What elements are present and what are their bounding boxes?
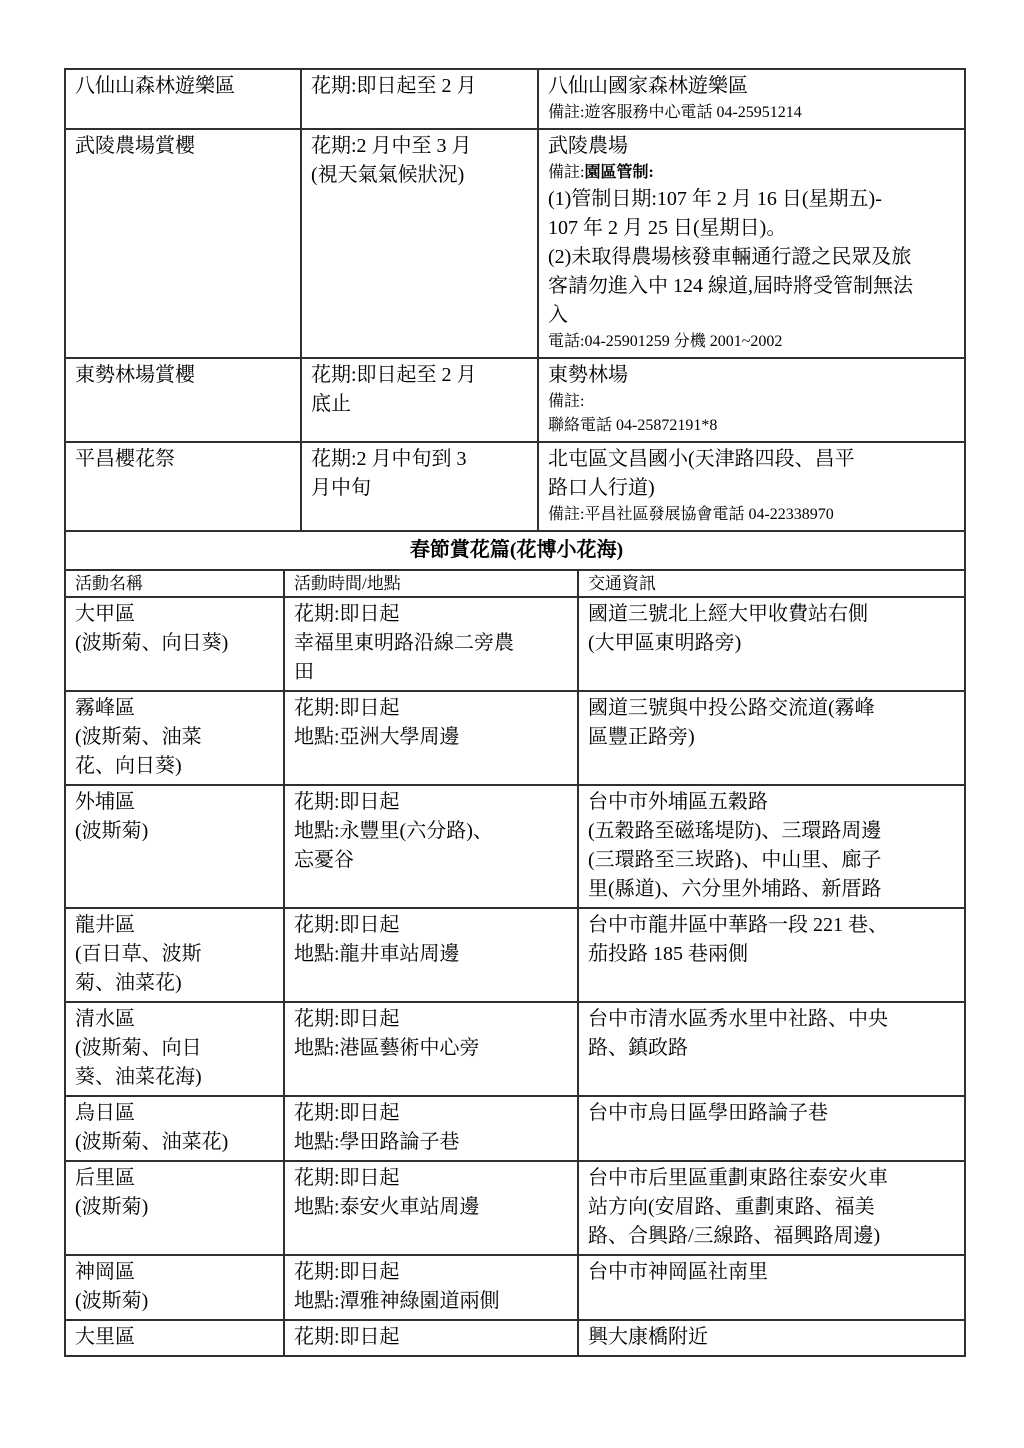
cell-activity-name: 烏日區(波斯菊、油菜花) <box>65 1096 284 1161</box>
cell-text-line: 茄投路 185 巷兩側 <box>588 940 958 969</box>
cell-time-place: 花期:即日起幸福里東明路沿線二旁農田 <box>284 597 578 691</box>
cell-text-line: 武陵農場 <box>548 132 958 161</box>
table-row: 大甲區(波斯菊、向日葵)花期:即日起幸福里東明路沿線二旁農田國道三號北上經大甲收… <box>65 597 965 691</box>
cell-time-place: 花期:即日起 <box>284 1320 578 1356</box>
cell-text-line: 備註: <box>548 390 958 414</box>
cell-activity-name: 外埔區(波斯菊) <box>65 785 284 908</box>
cell-time-place: 花期:即日起地點:泰安火車站周邊 <box>284 1161 578 1255</box>
cell-time-place: 花期:2 月中至 3 月(視天氣氣候狀況) <box>301 129 538 358</box>
cell-text-line: 花期:即日起 <box>294 1005 571 1034</box>
cell-text-line: 八仙山森林遊樂區 <box>75 72 294 101</box>
cell-text-line: 霧峰區 <box>75 694 277 723</box>
cell-text-line: 花、向日葵) <box>75 752 277 781</box>
cell-text-line: 忘憂谷 <box>294 846 571 875</box>
cell-time-place: 花期:即日起地點:龍井車站周邊 <box>284 908 578 1002</box>
cell-text-line: 備註:園區管制: <box>548 161 958 185</box>
table-row: 東勢林場賞櫻花期:即日起至 2 月底止東勢林場備註:聯絡電話 04-258721… <box>65 358 965 442</box>
table-row: 平昌櫻花祭花期:2 月中旬到 3月中旬北屯區文昌國小(天津路四段、昌平路口人行道… <box>65 442 965 531</box>
cell-text-line: 月中旬 <box>311 474 531 503</box>
cell-text-line: 花期:即日起至 2 月 <box>311 72 531 101</box>
cell-traffic-info: 東勢林場備註:聯絡電話 04-25872191*8 <box>538 358 965 442</box>
cell-time-place: 花期:即日起地點:潭雅神綠園道兩側 <box>284 1255 578 1320</box>
cell-text-line: (五穀路至磁瑤堤防)、三環路周邊 <box>588 817 958 846</box>
spring-flower-table-rows: 大甲區(波斯菊、向日葵)花期:即日起幸福里東明路沿線二旁農田國道三號北上經大甲收… <box>65 597 965 1356</box>
cell-text-line: 入 <box>548 301 958 330</box>
cell-activity-name: 八仙山森林遊樂區 <box>65 69 301 129</box>
cell-traffic-info: 國道三號與中投公路交流道(霧峰區豐正路旁) <box>578 691 965 785</box>
section-title: 春節賞花篇(花博小花海) <box>65 531 965 570</box>
cell-text-line: 花期:即日起 <box>294 694 571 723</box>
cell-text-line: 菊、油菜花) <box>75 969 277 998</box>
cell-text-line: 大里區 <box>75 1323 277 1352</box>
cell-text-line: (波斯菊、向日葵) <box>75 629 277 658</box>
cell-activity-name: 武陵農場賞櫻 <box>65 129 301 358</box>
cell-text-line: 地點:港區藝術中心旁 <box>294 1034 571 1063</box>
cell-traffic-info: 台中市后里區重劃東路往泰安火車站方向(安眉路、重劃東路、福美路、合興路/三線路、… <box>578 1161 965 1255</box>
cell-traffic-info: 八仙山國家森林遊樂區備註:遊客服務中心電話 04-25951214 <box>538 69 965 129</box>
column-header-traffic-info: 交通資訊 <box>578 570 965 597</box>
cell-text-line: (1)管制日期:107 年 2 月 16 日(星期五)- <box>548 185 958 214</box>
cherry-blossom-events-table: 八仙山森林遊樂區花期:即日起至 2 月八仙山國家森林遊樂區備註:遊客服務中心電話… <box>64 68 966 532</box>
cell-text-line: 后里區 <box>75 1164 277 1193</box>
cell-text-line: 北屯區文昌國小(天津路四段、昌平 <box>548 445 958 474</box>
cell-text-line: 八仙山國家森林遊樂區 <box>548 72 958 101</box>
cell-text-line: 地點:潭雅神綠園道兩側 <box>294 1287 571 1316</box>
cell-text-line: 備註:遊客服務中心電話 04-25951214 <box>548 101 958 125</box>
cell-text-line: 東勢林場 <box>548 361 958 390</box>
bold-text-segment: 園區管制: <box>584 164 653 181</box>
cell-text-line: (波斯菊) <box>75 1193 277 1222</box>
cell-text-line: (三環路至三崁路)、中山里、廊子 <box>588 846 958 875</box>
cell-time-place: 花期:即日起至 2 月底止 <box>301 358 538 442</box>
cell-time-place: 花期:即日起地點:亞洲大學周邊 <box>284 691 578 785</box>
cell-text-line: 國道三號北上經大甲收費站右側 <box>588 600 958 629</box>
cell-text-line: 花期:即日起 <box>294 1099 571 1128</box>
cell-traffic-info: 台中市神岡區社南里 <box>578 1255 965 1320</box>
cell-text-line: (波斯菊) <box>75 817 277 846</box>
spring-flower-table-body: 春節賞花篇(花博小花海) 活動名稱 活動時間/地點 交通資訊 <box>65 531 965 597</box>
cell-activity-name: 神岡區(波斯菊) <box>65 1255 284 1320</box>
cell-text-line: 幸福里東明路沿線二旁農 <box>294 629 571 658</box>
cell-text-line: 站方向(安眉路、重劃東路、福美 <box>588 1193 958 1222</box>
cell-text-line: 大甲區 <box>75 600 277 629</box>
cell-text-line: 電話:04-25901259 分機 2001~2002 <box>548 330 958 354</box>
cell-text-line: 地點:學田路論子巷 <box>294 1128 571 1157</box>
table-row: 武陵農場賞櫻花期:2 月中至 3 月(視天氣氣候狀況)武陵農場備註:園區管制:(… <box>65 129 965 358</box>
cell-text-line: 田 <box>294 658 571 687</box>
cell-time-place: 花期:即日起至 2 月 <box>301 69 538 129</box>
column-header-activity-name: 活動名稱 <box>65 570 284 597</box>
cell-activity-name: 平昌櫻花祭 <box>65 442 301 531</box>
cell-text-line: 台中市神岡區社南里 <box>588 1258 958 1287</box>
cell-text-line: 神岡區 <box>75 1258 277 1287</box>
cell-activity-name: 霧峰區(波斯菊、油菜花、向日葵) <box>65 691 284 785</box>
table-row: 龍井區(百日草、波斯菊、油菜花)花期:即日起地點:龍井車站周邊台中市龍井區中華路… <box>65 908 965 1002</box>
cell-text-line: (2)未取得農場核發車輛通行證之民眾及旅 <box>548 243 958 272</box>
cell-text-line: 興大康橋附近 <box>588 1323 958 1352</box>
cell-text-line: 地點:龍井車站周邊 <box>294 940 571 969</box>
cell-text-line: 平昌櫻花祭 <box>75 445 294 474</box>
cell-text-line: 區豐正路旁) <box>588 723 958 752</box>
cell-time-place: 花期:即日起地點:學田路論子巷 <box>284 1096 578 1161</box>
cell-activity-name: 龍井區(百日草、波斯菊、油菜花) <box>65 908 284 1002</box>
cell-text-line: 路、鎮政路 <box>588 1034 958 1063</box>
table-row: 后里區(波斯菊)花期:即日起地點:泰安火車站周邊台中市后里區重劃東路往泰安火車站… <box>65 1161 965 1255</box>
cell-text-line: (波斯菊、油菜 <box>75 723 277 752</box>
cell-traffic-info: 國道三號北上經大甲收費站右側(大甲區東明路旁) <box>578 597 965 691</box>
cell-text-line: 107 年 2 月 25 日(星期日)。 <box>548 214 958 243</box>
cell-text-line: 烏日區 <box>75 1099 277 1128</box>
cell-activity-name: 東勢林場賞櫻 <box>65 358 301 442</box>
cell-activity-name: 大里區 <box>65 1320 284 1356</box>
cell-text-line: 花期:即日起 <box>294 600 571 629</box>
cell-text-line: 外埔區 <box>75 788 277 817</box>
cell-text-line: 花期:2 月中至 3 月 <box>311 132 531 161</box>
cell-traffic-info: 武陵農場備註:園區管制:(1)管制日期:107 年 2 月 16 日(星期五)-… <box>538 129 965 358</box>
cell-text-line: 備註:平昌社區發展協會電話 04-22338970 <box>548 503 958 527</box>
cell-text-line: 台中市清水區秀水里中社路、中央 <box>588 1005 958 1034</box>
cell-text-line: 花期:即日起至 2 月 <box>311 361 531 390</box>
cell-text-line: 地點:永豐里(六分路)、 <box>294 817 571 846</box>
table-row: 大里區花期:即日起興大康橋附近 <box>65 1320 965 1356</box>
text-segment: 備註: <box>548 164 584 181</box>
spring-flower-sea-table: 春節賞花篇(花博小花海) 活動名稱 活動時間/地點 交通資訊 大甲區(波斯菊、向… <box>64 530 966 1357</box>
cell-text-line: 台中市烏日區學田路論子巷 <box>588 1099 958 1128</box>
cell-text-line: 客請勿進入中 124 線道,屆時將受管制無法 <box>548 272 958 301</box>
column-header-row: 活動名稱 活動時間/地點 交通資訊 <box>65 570 965 597</box>
document-page: 八仙山森林遊樂區花期:即日起至 2 月八仙山國家森林遊樂區備註:遊客服務中心電話… <box>0 0 1024 1448</box>
cell-text-line: 龍井區 <box>75 911 277 940</box>
table-row: 霧峰區(波斯菊、油菜花、向日葵)花期:即日起地點:亞洲大學周邊國道三號與中投公路… <box>65 691 965 785</box>
cell-text-line: 武陵農場賞櫻 <box>75 132 294 161</box>
cell-traffic-info: 台中市外埔區五穀路(五穀路至磁瑤堤防)、三環路周邊(三環路至三崁路)、中山里、廊… <box>578 785 965 908</box>
table-row: 清水區(波斯菊、向日葵、油菜花海)花期:即日起地點:港區藝術中心旁台中市清水區秀… <box>65 1002 965 1096</box>
cell-activity-name: 清水區(波斯菊、向日葵、油菜花海) <box>65 1002 284 1096</box>
table-row: 八仙山森林遊樂區花期:即日起至 2 月八仙山國家森林遊樂區備註:遊客服務中心電話… <box>65 69 965 129</box>
cell-activity-name: 大甲區(波斯菊、向日葵) <box>65 597 284 691</box>
cell-text-line: 花期:即日起 <box>294 1164 571 1193</box>
table-row: 神岡區(波斯菊)花期:即日起地點:潭雅神綠園道兩側台中市神岡區社南里 <box>65 1255 965 1320</box>
cell-text-line: (波斯菊、向日 <box>75 1034 277 1063</box>
cell-text-line: (視天氣氣候狀況) <box>311 161 531 190</box>
cell-text-line: 葵、油菜花海) <box>75 1063 277 1092</box>
cell-time-place: 花期:2 月中旬到 3月中旬 <box>301 442 538 531</box>
cell-traffic-info: 北屯區文昌國小(天津路四段、昌平路口人行道)備註:平昌社區發展協會電話 04-2… <box>538 442 965 531</box>
table-row: 烏日區(波斯菊、油菜花)花期:即日起地點:學田路論子巷台中市烏日區學田路論子巷 <box>65 1096 965 1161</box>
cell-traffic-info: 台中市龍井區中華路一段 221 巷、茄投路 185 巷兩側 <box>578 908 965 1002</box>
cell-text-line: 花期:即日起 <box>294 788 571 817</box>
cell-traffic-info: 台中市烏日區學田路論子巷 <box>578 1096 965 1161</box>
cell-text-line: 花期:即日起 <box>294 911 571 940</box>
cell-text-line: 花期:即日起 <box>294 1258 571 1287</box>
cell-text-line: 路口人行道) <box>548 474 958 503</box>
table-row: 外埔區(波斯菊)花期:即日起地點:永豐里(六分路)、忘憂谷台中市外埔區五穀路(五… <box>65 785 965 908</box>
cell-text-line: 聯絡電話 04-25872191*8 <box>548 414 958 438</box>
cell-text-line: 里(縣道)、六分里外埔路、新厝路 <box>588 875 958 904</box>
cell-text-line: 地點:泰安火車站周邊 <box>294 1193 571 1222</box>
column-header-time-place: 活動時間/地點 <box>284 570 578 597</box>
cell-text-line: 花期:即日起 <box>294 1323 571 1352</box>
cell-text-line: 底止 <box>311 390 531 419</box>
cell-time-place: 花期:即日起地點:港區藝術中心旁 <box>284 1002 578 1096</box>
cell-text-line: (波斯菊) <box>75 1287 277 1316</box>
cell-text-line: (大甲區東明路旁) <box>588 629 958 658</box>
cell-text-line: 台中市外埔區五穀路 <box>588 788 958 817</box>
cell-text-line: 花期:2 月中旬到 3 <box>311 445 531 474</box>
cell-time-place: 花期:即日起地點:永豐里(六分路)、忘憂谷 <box>284 785 578 908</box>
cell-traffic-info: 興大康橋附近 <box>578 1320 965 1356</box>
section-title-row: 春節賞花篇(花博小花海) <box>65 531 965 570</box>
cell-text-line: 路、合興路/三線路、福興路周邊) <box>588 1222 958 1251</box>
cell-traffic-info: 台中市清水區秀水里中社路、中央路、鎮政路 <box>578 1002 965 1096</box>
cell-text-line: (波斯菊、油菜花) <box>75 1128 277 1157</box>
cell-text-line: 清水區 <box>75 1005 277 1034</box>
cell-text-line: 台中市龍井區中華路一段 221 巷、 <box>588 911 958 940</box>
cell-text-line: 地點:亞洲大學周邊 <box>294 723 571 752</box>
cell-text-line: (百日草、波斯 <box>75 940 277 969</box>
cherry-blossom-table-body: 八仙山森林遊樂區花期:即日起至 2 月八仙山國家森林遊樂區備註:遊客服務中心電話… <box>65 69 965 531</box>
cell-text-line: 東勢林場賞櫻 <box>75 361 294 390</box>
cell-text-line: 國道三號與中投公路交流道(霧峰 <box>588 694 958 723</box>
cell-text-line: 台中市后里區重劃東路往泰安火車 <box>588 1164 958 1193</box>
cell-activity-name: 后里區(波斯菊) <box>65 1161 284 1255</box>
